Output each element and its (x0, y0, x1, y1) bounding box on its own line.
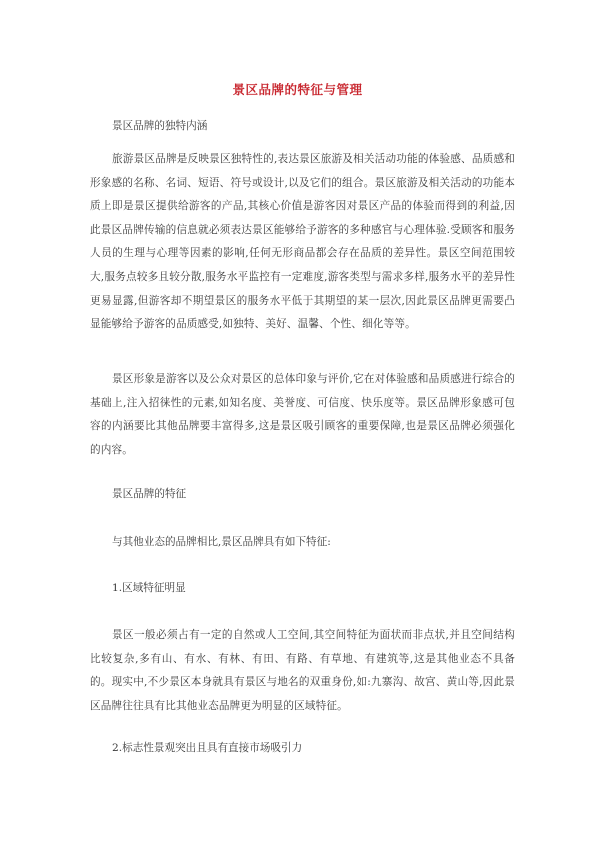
paragraph-text: 旅游景区品牌是反映景区独特性的,表达景区旅游及相关活动功能的体验感、品质感和形象… (90, 148, 515, 337)
section-heading-brand-connotation: 景区品牌的独特内涵 (112, 118, 207, 134)
features-intro: 与其他业态的品牌相比,景区品牌具有如下特征: (112, 534, 331, 550)
document-title: 景区品牌的特征与管理 (0, 80, 595, 98)
section-heading-brand-features: 景区品牌的特征 (112, 486, 186, 502)
paragraph-text: 景区形象是游客以及公众对景区的总体印象与评价,它在对体验感和品质感进行综合的基础… (90, 368, 515, 462)
feature-item-1-label: 1.区域特征明显 (112, 580, 186, 596)
paragraph-text: 景区一般必须占有一定的自然或人工空间,其空间特征为面状而非点状,并且空间结构比较… (90, 624, 515, 718)
paragraph-scenic-image: 景区形象是游客以及公众对景区的总体印象与评价,它在对体验感和品质感进行综合的基础… (90, 368, 515, 462)
document-page: 景区品牌的特征与管理 景区品牌的独特内涵 旅游景区品牌是反映景区独特性的,表达景… (0, 0, 595, 842)
paragraph-brand-definition: 旅游景区品牌是反映景区独特性的,表达景区旅游及相关活动功能的体验感、品质感和形象… (90, 148, 515, 337)
paragraph-regional-feature: 景区一般必须占有一定的自然或人工空间,其空间特征为面状而非点状,并且空间结构比较… (90, 624, 515, 718)
feature-item-2-label: 2.标志性景观突出且具有直接市场吸引力 (112, 740, 302, 756)
